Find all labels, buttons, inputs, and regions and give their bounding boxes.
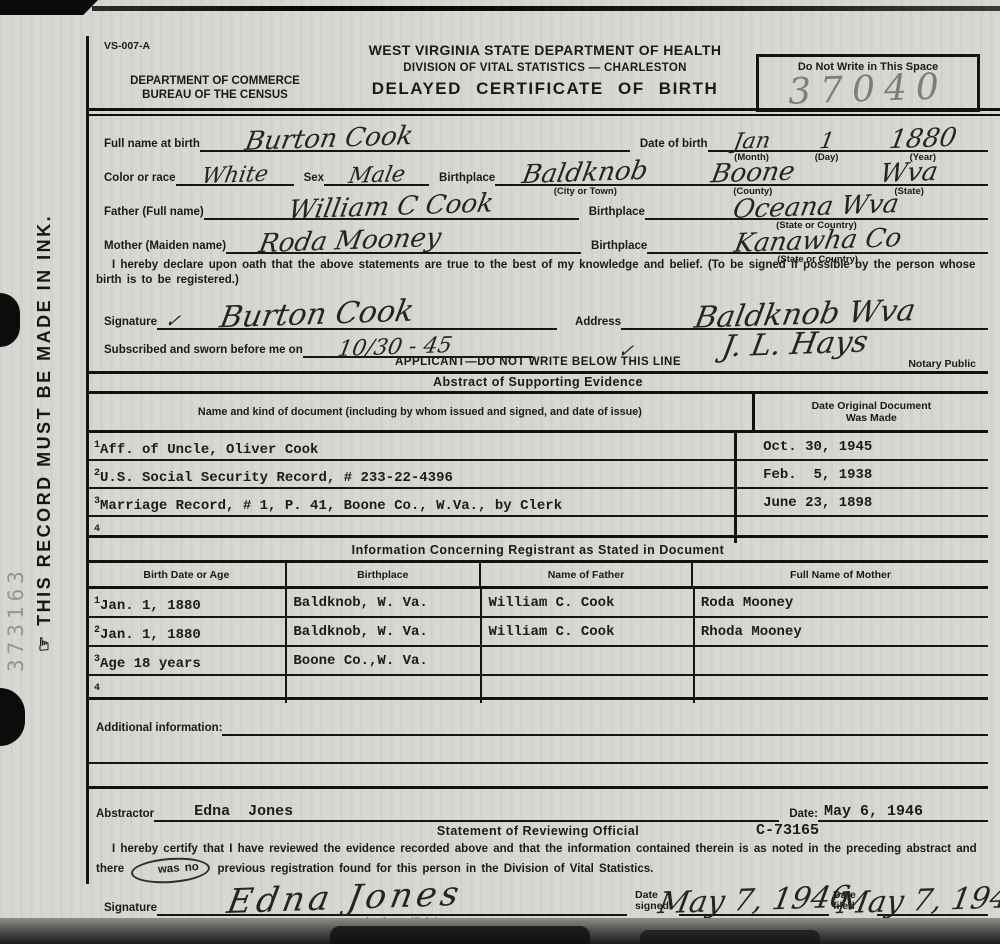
father-row: Father (Full name) William C Cook Birthp… xyxy=(104,184,988,220)
registrant-row: 2Jan. 1, 1880 Baldknob, W. Va. William C… xyxy=(88,618,988,647)
birthplace-county-field: Boone (County) xyxy=(675,160,830,186)
evidence-doc-cell: 2U.S. Social Security Record, # 233-22-4… xyxy=(88,461,737,487)
registrant-table-header: Birth Date or Age Birthplace Name of Fat… xyxy=(88,563,988,589)
evidence-doc-cell: 4 xyxy=(88,517,737,543)
registrant-father-cell: William C. Cook xyxy=(482,618,694,645)
registrant-col-mother: Full Name of Mother xyxy=(693,563,988,586)
do-not-write-box: Do Not Write in This Space 37040 xyxy=(756,54,980,112)
date-filed-value: May 7, 1946 xyxy=(834,880,1000,922)
registrant-birth-value: Jan. 1, 1880 xyxy=(100,627,201,643)
registrant-birth-value: Jan. 1, 1880 xyxy=(100,598,201,614)
evidence-col-date: Date Original Document Was Made xyxy=(755,394,988,430)
department-line1: DEPARTMENT OF COMMERCE xyxy=(110,74,320,88)
margin-instruction-text: THIS RECORD MUST BE MADE IN INK. xyxy=(34,214,54,626)
evidence-date-value: June 23, 1898 xyxy=(763,495,872,511)
registrant-birth-value: Age 18 years xyxy=(100,656,201,672)
registrant-mother-cell xyxy=(695,647,988,674)
registrant-mother-cell: Rhoda Mooney xyxy=(695,618,988,645)
scan-blot-left-lower xyxy=(0,688,25,746)
department-line2: BUREAU OF THE CENSUS xyxy=(110,88,320,102)
birthplace-state-field: Wva (State) xyxy=(830,160,988,186)
evidence-row: 1Aff. of Uncle, Oliver Cook Oct. 30, 194… xyxy=(88,433,988,461)
registrant-col-place: Birthplace xyxy=(287,563,481,586)
date-signed-value: May 7, 1946 xyxy=(655,880,852,922)
certificate-title: DELAYED CERTIFICATE OF BIRTH xyxy=(330,79,760,99)
evidence-row: 2U.S. Social Security Record, # 233-22-4… xyxy=(88,461,988,489)
evidence-col-date-line1: Date Original Document xyxy=(812,400,932,412)
father-name-field: William C Cook xyxy=(204,194,579,220)
scan-edge-top xyxy=(92,6,1000,11)
evidence-doc-value: Aff. of Uncle, Oliver Cook xyxy=(100,442,318,458)
section-rule xyxy=(88,697,988,700)
scan-blot-left-upper xyxy=(0,293,20,347)
date-filed-field: May 7, 1946 xyxy=(877,890,988,916)
form-number: VS-007-A xyxy=(104,40,150,52)
registrant-father-value: William C. Cook xyxy=(488,595,614,611)
evidence-section-title: Abstract of Supporting Evidence xyxy=(88,375,988,389)
abstractor-name-field: Edna Jones xyxy=(154,798,779,822)
row-number: 4 xyxy=(94,524,100,535)
registrant-father-cell: William C. Cook xyxy=(482,589,694,616)
dob-year-field: 1880 (Year) xyxy=(858,126,988,152)
review-signature-label: Signature xyxy=(104,902,157,916)
evidence-row: 4 xyxy=(88,517,988,543)
abstractor-row: Abstractor Edna Jones Date: May 6, 1946 xyxy=(96,795,988,822)
mother-birthplace-label: Birthplace xyxy=(591,240,647,254)
mother-row: Mother (Maiden name) Roda Mooney Birthpl… xyxy=(104,218,988,254)
registrant-mother-value: Rhoda Mooney xyxy=(701,624,802,640)
registrant-place-value: Baldknob, W. Va. xyxy=(293,624,427,640)
signature-field: ✓Burton Cook xyxy=(157,304,557,330)
color-race-field: White xyxy=(176,160,294,186)
applicant-do-not-write-line: APPLICANT—DO NOT WRITE BELOW THIS LINE xyxy=(88,356,988,368)
dob-day-field: 1 (Day) xyxy=(796,126,858,152)
evidence-date-value: Feb. 5, 1938 xyxy=(763,467,872,483)
review-section-title: Statement of Reviewing Official xyxy=(88,824,988,838)
abstractor-date-field: May 6, 1946 xyxy=(818,798,988,822)
registrant-place-cell: Baldknob, W. Va. xyxy=(287,618,482,645)
evidence-doc-cell: 1Aff. of Uncle, Oliver Cook xyxy=(88,433,737,459)
sex-field: Male xyxy=(324,160,429,186)
evidence-col-date-line2: Was Made xyxy=(846,412,897,424)
evidence-row: 3Marriage Record, # 1, P. 41, Boone Co.,… xyxy=(88,489,988,517)
review-signature-field: Edna Jones Reviewing Official xyxy=(157,890,627,916)
file-stamp-number: 373163 xyxy=(4,566,28,672)
registrant-father-value: William C. Cook xyxy=(488,624,614,640)
registrant-place-value: Baldknob, W. Va. xyxy=(293,595,427,611)
color-sex-birthplace-row: Color or race White Sex Male Birthplace … xyxy=(104,150,988,186)
registrant-birth-cell: 1Jan. 1, 1880 xyxy=(88,589,287,616)
mother-label: Mother (Maiden name) xyxy=(104,240,226,254)
margin-instruction: ☞ THIS RECORD MUST BE MADE IN INK. xyxy=(34,214,55,652)
scan-shadow xyxy=(640,930,820,944)
registrant-place-cell: Baldknob, W. Va. xyxy=(287,589,482,616)
agency-title: WEST VIRGINIA STATE DEPARTMENT OF HEALTH xyxy=(330,42,760,58)
evidence-date-cell: Oct. 30, 1945 xyxy=(737,433,988,459)
full-name-row: Full name at birth Burton Cook Date of b… xyxy=(104,116,988,152)
registrant-mother-value: Roda Mooney xyxy=(701,595,793,611)
division-title: DIVISION OF VITAL STATISTICS — CHARLESTO… xyxy=(330,62,760,74)
header-divider xyxy=(88,108,1000,116)
evidence-doc-cell: 3Marriage Record, # 1, P. 41, Boone Co.,… xyxy=(88,489,737,515)
evidence-doc-value: Marriage Record, # 1, P. 41, Boone Co., … xyxy=(100,498,562,514)
section-rule xyxy=(88,371,988,374)
father-birthplace-field: Oceana Wva (State or Country) xyxy=(645,194,988,220)
evidence-table: Name and kind of document (including by … xyxy=(88,394,988,543)
evidence-date-cell xyxy=(737,517,988,543)
section-rule xyxy=(88,535,988,538)
abstractor-date-label: Date: xyxy=(789,808,818,822)
pointing-hand-icon: ☞ xyxy=(34,633,54,652)
mother-birthplace-field: Kanawha Co (State or Country) xyxy=(647,228,988,254)
scan-shadow xyxy=(330,926,590,944)
evidence-doc-value: U.S. Social Security Record, # 233-22-43… xyxy=(100,470,453,486)
certificate-number-handwritten: 37040 xyxy=(758,65,977,114)
review-signature-value: Edna Jones xyxy=(224,874,466,922)
reference-number: C-73165 xyxy=(756,822,819,839)
registrant-table: Birth Date or Age Birthplace Name of Fat… xyxy=(88,563,988,703)
birthplace-city-field: Baldknob (City or Town) xyxy=(495,160,675,186)
evidence-col-document: Name and kind of document (including by … xyxy=(88,394,755,430)
registrant-col-birth: Birth Date or Age xyxy=(88,563,287,586)
registrant-birth-cell: 2Jan. 1, 1880 xyxy=(88,618,287,645)
department-block: DEPARTMENT OF COMMERCE BUREAU OF THE CEN… xyxy=(110,74,320,102)
dob-month-field: Jan (Month) xyxy=(708,126,796,152)
date-signed-field: May 7, 1946 xyxy=(679,890,829,916)
abstractor-label: Abstractor xyxy=(96,808,154,822)
additional-info-row: Additional information: xyxy=(96,714,988,736)
registrant-mother-cell: Roda Mooney xyxy=(695,589,988,616)
registrant-birth-cell: 3Age 18 years xyxy=(88,647,287,674)
registrant-place-cell: Boone Co.,W. Va. xyxy=(287,647,482,674)
scanned-birth-certificate: ☞ THIS RECORD MUST BE MADE IN INK. 37316… xyxy=(0,0,1000,944)
oath-declaration: I hereby declare upon oath that the abov… xyxy=(96,258,988,288)
row-number: 4 xyxy=(94,683,100,694)
evidence-date-cell: June 23, 1898 xyxy=(737,489,988,515)
section-rule xyxy=(88,786,988,789)
registrant-place-value: Boone Co.,W. Va. xyxy=(293,653,427,669)
evidence-date-cell: Feb. 5, 1938 xyxy=(737,461,988,487)
abstractor-date-value: May 6, 1946 xyxy=(824,803,923,820)
notary-signature-field: ✓J. L. Hays Notary Public xyxy=(603,334,988,358)
full-name-field: Burton Cook xyxy=(200,126,630,152)
registrant-row: 1Jan. 1, 1880 Baldknob, W. Va. William C… xyxy=(88,589,988,618)
evidence-date-value: Oct. 30, 1945 xyxy=(763,439,872,455)
review-signature-row: Signature Edna Jones Reviewing Official … xyxy=(104,874,988,916)
sworn-row: Subscribed and sworn before me on 10/30 … xyxy=(104,328,988,358)
mother-name-field: Roda Mooney xyxy=(226,228,581,254)
additional-info-field xyxy=(222,716,988,736)
registrant-section-title: Information Concerning Registrant as Sta… xyxy=(88,543,988,557)
registrant-row: 3Age 18 years Boone Co.,W. Va. xyxy=(88,647,988,676)
registrant-father-cell xyxy=(482,647,694,674)
scan-edge-corner xyxy=(0,0,98,15)
registrant-col-father: Name of Father xyxy=(481,563,693,586)
header-title-block: WEST VIRGINIA STATE DEPARTMENT OF HEALTH… xyxy=(330,42,760,99)
abstractor-name-value: Edna Jones xyxy=(194,803,293,820)
sworn-date-field: 10/30 - 45 xyxy=(303,332,533,358)
evidence-table-header: Name and kind of document (including by … xyxy=(88,394,988,433)
mother-name-value: Roda Mooney xyxy=(257,223,444,259)
additional-info-line2 xyxy=(88,744,988,764)
additional-info-label: Additional information: xyxy=(96,722,222,736)
